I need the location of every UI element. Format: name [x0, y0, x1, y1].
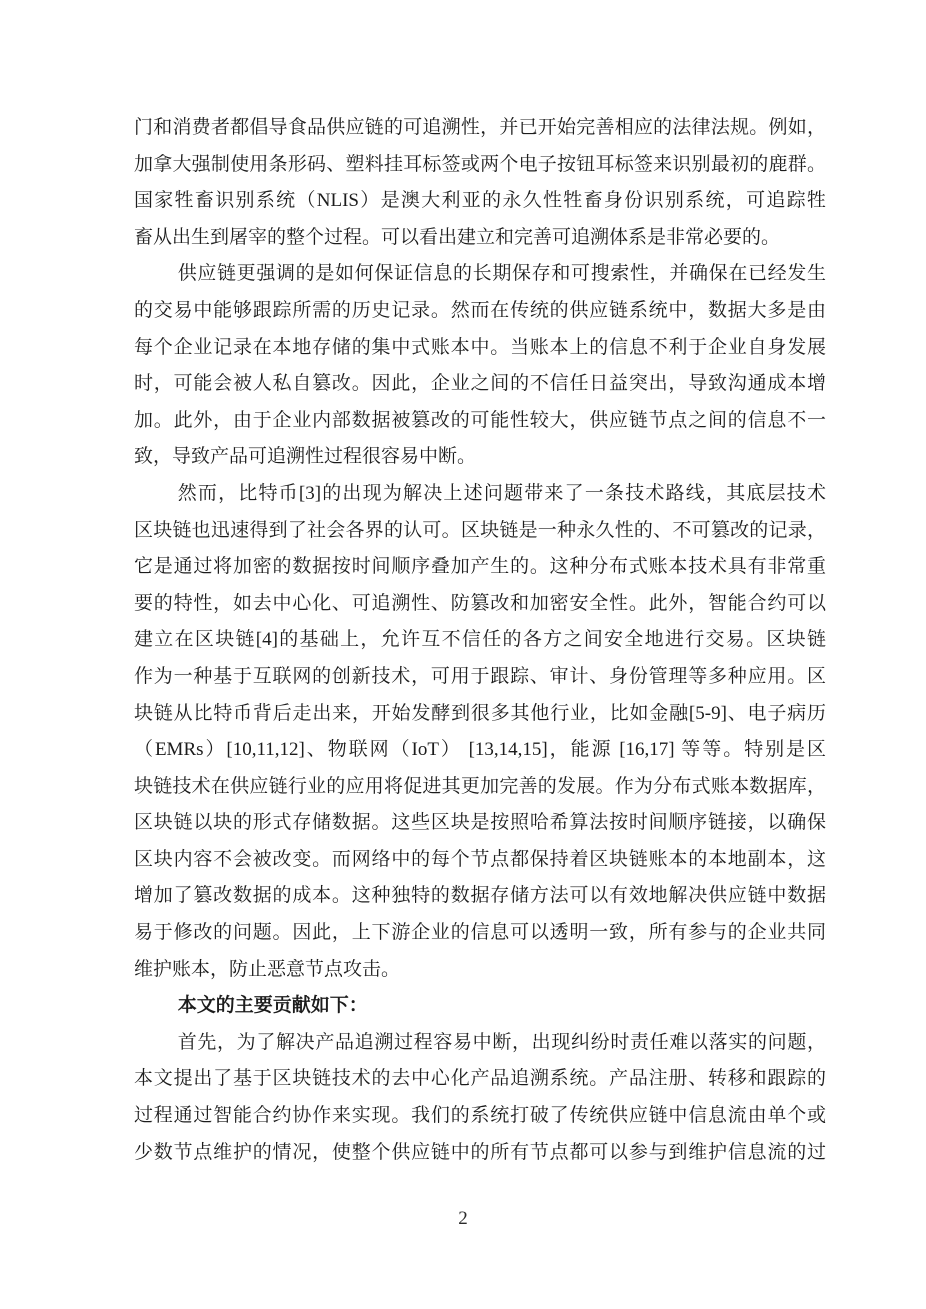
text-line: 作为一种基于互联网的创新技术，可用于跟踪、审计、身份管理等多种应用。区 — [134, 659, 826, 696]
text-line: 每个企业记录在本地存储的集中式账本中。当账本上的信息不利于企业自身发展 — [134, 330, 826, 367]
text-line: 区块链以块的形式存储数据。这些区块是按照哈希算法按时间顺序链接，以确保 — [134, 805, 826, 842]
body-text: 门和消费者都倡导食品供应链的可追溯性，并已开始完善相应的法律法规。例如，加拿大强… — [134, 110, 826, 1171]
text-line: 块链从比特币背后走出来，开始发酵到很多其他行业，比如金融[5-9]、电子病历 — [134, 696, 826, 733]
text-line: 然而，比特币[3]的出现为解决上述问题带来了一条技术路线，其底层技术 — [134, 476, 826, 513]
text-line: 易于修改的问题。因此，上下游企业的信息可以透明一致，所有参与的企业共同 — [134, 915, 826, 952]
text-line: 首先，为了解决产品追溯过程容易中断，出现纠纷时责任难以落实的问题， — [134, 1025, 826, 1062]
page-number: 2 — [0, 1200, 926, 1237]
text-line: 要的特性，如去中心化、可追溯性、防篡改和加密安全性。此外，智能合约可以 — [134, 586, 826, 623]
paragraph: 然而，比特币[3]的出现为解决上述问题带来了一条技术路线，其底层技术区块链也迅速… — [134, 476, 826, 988]
text-line: 它是通过将加密的数据按时间顺序叠加产生的。这种分布式账本技术具有非常重 — [134, 549, 826, 586]
text-line: 维护账本，防止恶意节点攻击。 — [134, 952, 826, 989]
text-line: 加。此外，由于企业内部数据被篡改的可能性较大，供应链节点之间的信息不一 — [134, 403, 826, 440]
text-line: 门和消费者都倡导食品供应链的可追溯性，并已开始完善相应的法律法规。例如， — [134, 110, 826, 147]
text-line: 加拿大强制使用条形码、塑料挂耳标签或两个电子按钮耳标签来识别最初的鹿群。 — [134, 147, 826, 184]
text-line: 供应链更强调的是如何保证信息的长期保存和可搜索性，并确保在已经发生 — [134, 256, 826, 293]
text-line: 块链技术在供应链行业的应用将促进其更加完善的发展。作为分布式账本数据库， — [134, 769, 826, 806]
text-line: 国家牲畜识别系统（NLIS）是澳大利亚的永久性牲畜身份识别系统，可追踪牲 — [134, 183, 826, 220]
text-line: 时，可能会被人私自篡改。因此，企业之间的不信任日益突出，导致沟通成本增 — [134, 366, 826, 403]
text-line: 少数节点维护的情况，使整个供应链中的所有节点都可以参与到维护信息流的过 — [134, 1135, 826, 1172]
contributions-heading: 本文的主要贡献如下： — [134, 988, 826, 1025]
text-line: 增加了篡改数据的成本。这种独特的数据存储方法可以有效地解决供应链中数据 — [134, 878, 826, 915]
text-line: 致，导致产品可追溯性过程很容易中断。 — [134, 439, 826, 476]
text-line: 本文提出了基于区块链技术的去中心化产品追溯系统。产品注册、转移和跟踪的 — [134, 1061, 826, 1098]
paragraph: 供应链更强调的是如何保证信息的长期保存和可搜索性，并确保在已经发生的交易中能够跟… — [134, 256, 826, 476]
text-line: 区块链也迅速得到了社会各界的认可。区块链是一种永久性的、不可篡改的记录， — [134, 513, 826, 550]
paragraph: 门和消费者都倡导食品供应链的可追溯性，并已开始完善相应的法律法规。例如，加拿大强… — [134, 110, 826, 256]
text-line: 本文的主要贡献如下： — [134, 988, 826, 1025]
text-line: 建立在区块链[4]的基础上，允许互不信任的各方之间安全地进行交易。区块链 — [134, 622, 826, 659]
text-line: 的交易中能够跟踪所需的历史记录。然而在传统的供应链系统中，数据大多是由 — [134, 293, 826, 330]
text-line: 畜从出生到屠宰的整个过程。可以看出建立和完善可追溯体系是非常必要的。 — [134, 220, 826, 257]
text-line: （EMRs）[10,11,12]、物联网（IoT） [13,14,15]，能源 … — [134, 732, 826, 769]
text-line: 区块内容不会被改变。而网络中的每个节点都保持着区块链账本的本地副本，这 — [134, 842, 826, 879]
paragraph: 首先，为了解决产品追溯过程容易中断，出现纠纷时责任难以落实的问题，本文提出了基于… — [134, 1025, 826, 1171]
text-line: 过程通过智能合约协作来实现。我们的系统打破了传统供应链中信息流由单个或 — [134, 1098, 826, 1135]
document-page: 门和消费者都倡导食品供应链的可追溯性，并已开始完善相应的法律法规。例如，加拿大强… — [0, 0, 926, 1309]
